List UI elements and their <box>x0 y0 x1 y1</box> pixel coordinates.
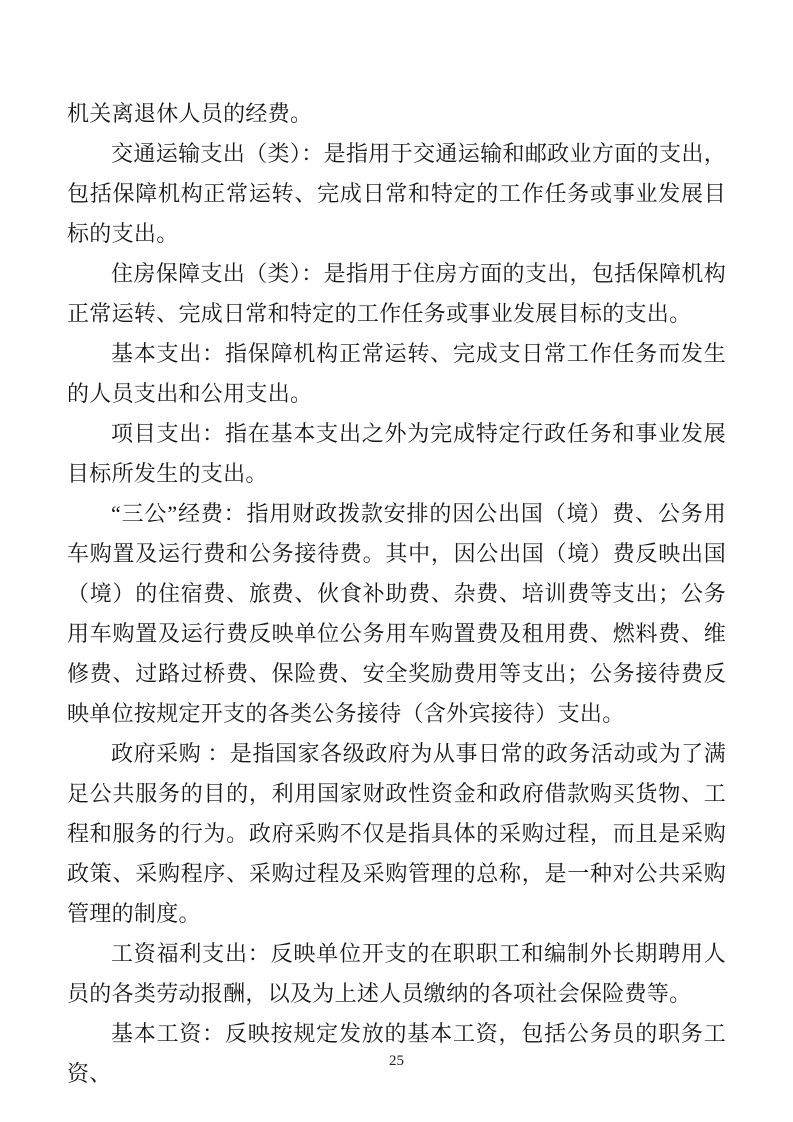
paragraph-wage-welfare-expenditure: 工资福利支出：反映单位开支的在职职工和编制外长期聘用人员的各类劳动报酬，以及为上… <box>67 934 726 1014</box>
paragraph-government-procurement: 政府采购 ：是指国家各级政府为从事日常的政务活动或为了满足公共服务的目的，利用国… <box>67 734 726 934</box>
page-number: 25 <box>0 1053 793 1070</box>
document-page: { "document": { "page_number": "25", "pa… <box>0 0 793 1122</box>
page-content: 机关离退休人员的经费。 交通运输支出（类）：是指用于交通运输和邮政业方面的支出，… <box>0 0 793 1094</box>
page: 机关离退休人员的经费。 交通运输支出（类）：是指用于交通运输和邮政业方面的支出，… <box>0 0 793 1122</box>
paragraph-project-expenditure: 项目支出：指在基本支出之外为完成特定行政任务和事业发展目标所发生的支出。 <box>67 414 726 494</box>
paragraph-transport-expenditure: 交通运输支出（类）：是指用于交通运输和邮政业方面的支出，包括保障机构正常运转、完… <box>67 134 726 254</box>
paragraph-housing-security-expenditure: 住房保障支出（类）：是指用于住房方面的支出，包括保障机构正常运转、完成日常和特定… <box>67 254 726 334</box>
paragraph-basic-expenditure: 基本支出：指保障机构正常运转、完成支日常工作任务而发生的人员支出和公用支出。 <box>67 334 726 414</box>
paragraph-three-public-funds: “三公”经费：指用财政拨款安排的因公出国（境）费、公务用车购置及运行费和公务接待… <box>67 494 726 734</box>
paragraph-retiree-funds-continuation: 机关离退休人员的经费。 <box>67 94 726 134</box>
